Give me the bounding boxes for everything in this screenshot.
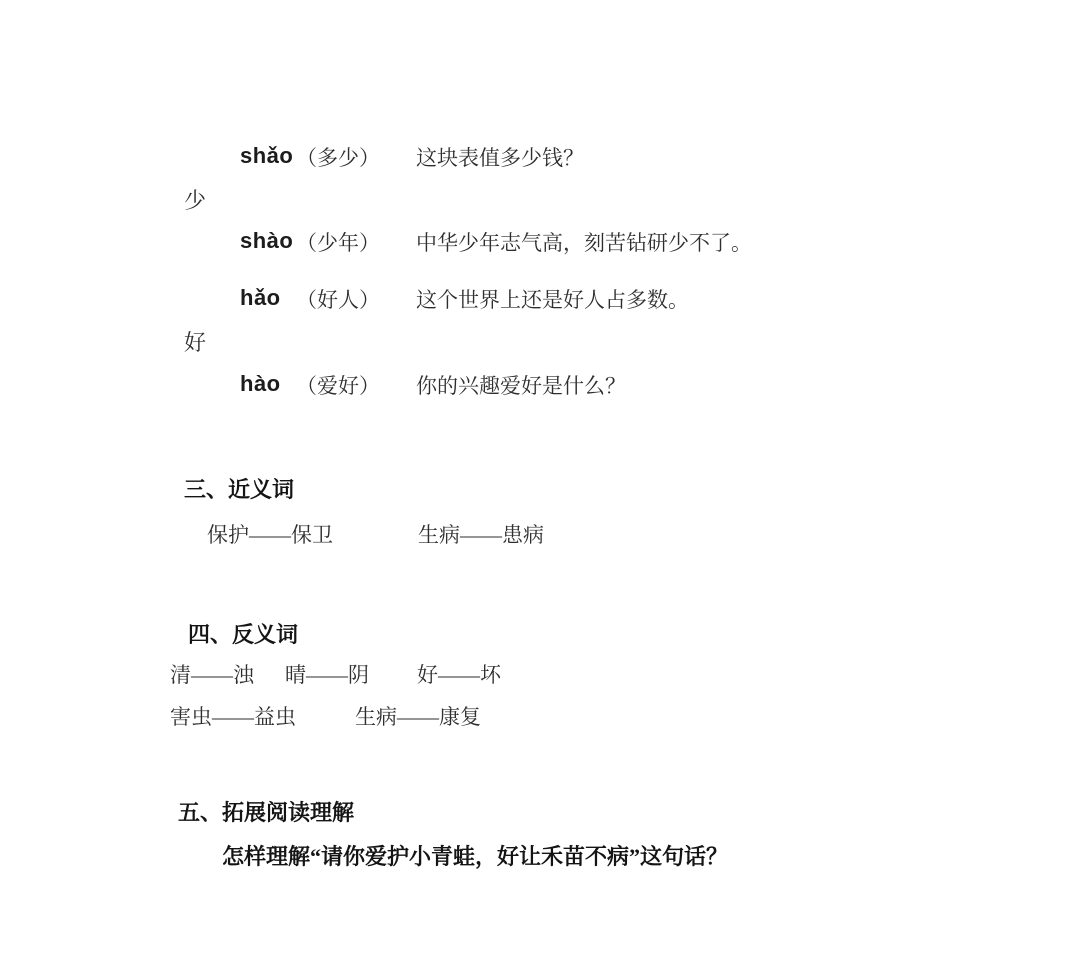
reading-comprehension-question: 怎样理解“请你爱护小青蛙，好让禾苗不病”这句话？ [222,844,728,870]
antonym-pair: 清——浊 [170,663,254,688]
word-haoren: （好人） [296,288,380,313]
word-aihao: （爱好） [296,374,380,399]
antonym-pair: 生病——康复 [355,705,481,730]
antonym-pair: 晴——阴 [285,663,369,688]
reading-comprehension-heading: 五、拓展阅读理解 [178,800,354,826]
polyphone-character-shao: 少 [184,188,206,214]
synonym-pair: 保护——保卫 [207,523,333,548]
sentence-hao3: 这个世界上还是好人占多数。 [416,288,689,313]
worksheet-page: shǎo （多少） 这块表值多少钱？ 少 shào （少年） 中华少年志气高，刻… [0,0,1080,977]
antonyms-heading: 四、反义词 [188,622,298,648]
pinyin-hao4: hào [240,371,281,397]
sentence-shao4: 中华少年志气高，刻苦钻研少不了。 [416,231,752,256]
word-duoshao: （多少） [296,146,380,171]
sentence-hao4: 你的兴趣爱好是什么？ [416,374,626,399]
synonyms-heading: 三、近义词 [184,477,294,503]
word-shaonian: （少年） [296,231,380,256]
synonym-pair: 生病——患病 [418,523,544,548]
pinyin-hao3: hǎo [240,285,281,311]
pinyin-shao4: shào [240,228,293,254]
pinyin-shao3: shǎo [240,143,293,169]
polyphone-character-hao: 好 [184,330,206,356]
sentence-shao3: 这块表值多少钱？ [416,146,584,171]
antonym-pair: 害虫——益虫 [170,705,296,730]
antonym-pair: 好——坏 [417,663,501,688]
